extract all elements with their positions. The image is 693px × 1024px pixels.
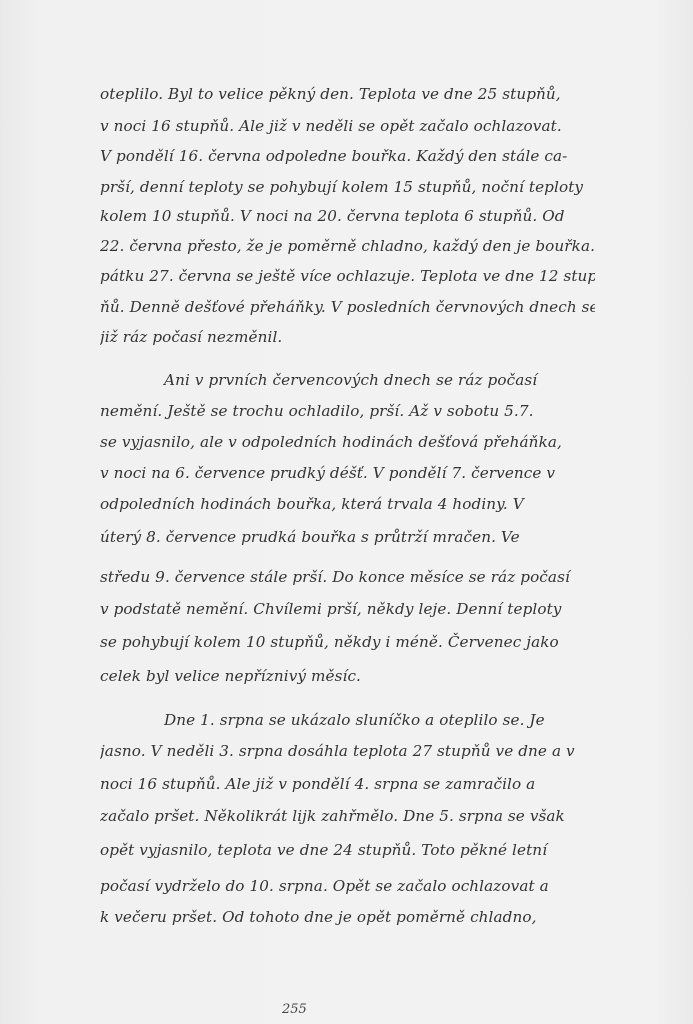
text-line: pátku 27. června se ještě více ochlazuje… xyxy=(100,266,595,286)
text-line: se vyjasnilo, ale v odpoledních hodinách… xyxy=(100,432,595,452)
text-line: nemění. Ještě se trochu ochladilo, prší.… xyxy=(100,401,595,421)
text-line: středu 9. července stále prší. Do konce … xyxy=(100,567,595,587)
text-line: úterý 8. července prudká bouřka s průtrž… xyxy=(100,527,595,547)
text-line: Ani v prvních červencových dnech se ráz … xyxy=(100,370,595,390)
text-line: kolem 10 stupňů. V noci na 20. června te… xyxy=(100,206,595,226)
text-line: opět vyjasnilo, teplota ve dne 24 stupňů… xyxy=(100,840,595,860)
page-number: 255 xyxy=(282,1002,307,1017)
text-line: se pohybují kolem 10 stupňů, někdy i mén… xyxy=(100,632,595,652)
text-line: počasí vydrželo do 10. srpna. Opět se za… xyxy=(100,876,595,896)
text-line: v noci 16 stupňů. Ale již v neděli se op… xyxy=(100,116,595,136)
text-line: V pondělí 16. června odpoledne bouřka. K… xyxy=(100,146,595,166)
text-line: odpoledních hodinách bouřka, která trval… xyxy=(100,494,595,514)
scanned-page: oteplilo. Byl to velice pěkný den. Teplo… xyxy=(0,0,693,1024)
text-line: ňů. Denně dešťové přeháňky. V posledních… xyxy=(100,297,595,317)
text-line: v noci na 6. července prudký déšť. V pon… xyxy=(100,463,595,483)
text-line: noci 16 stupňů. Ale již v pondělí 4. srp… xyxy=(100,774,595,794)
text-line: v podstatě nemění. Chvílemi prší, někdy … xyxy=(100,599,595,619)
text-line: prší, denní teploty se pohybují kolem 15… xyxy=(100,177,595,197)
text-line: Dne 1. srpna se ukázalo sluníčko a otepl… xyxy=(100,710,595,730)
text-line: začalo pršet. Několikrát lijk zahřmělo. … xyxy=(100,806,595,826)
text-line: k večeru pršet. Od tohoto dne je opět po… xyxy=(100,907,595,927)
text-line: 22. června přesto, že je poměrně chladno… xyxy=(100,236,595,256)
text-line: již ráz počasí nezměnil. xyxy=(100,327,595,347)
text-line: oteplilo. Byl to velice pěkný den. Teplo… xyxy=(100,84,595,104)
text-line: jasno. V neděli 3. srpna dosáhla teplota… xyxy=(100,741,595,761)
text-line: celek byl velice nepříznivý měsíc. xyxy=(100,666,595,686)
